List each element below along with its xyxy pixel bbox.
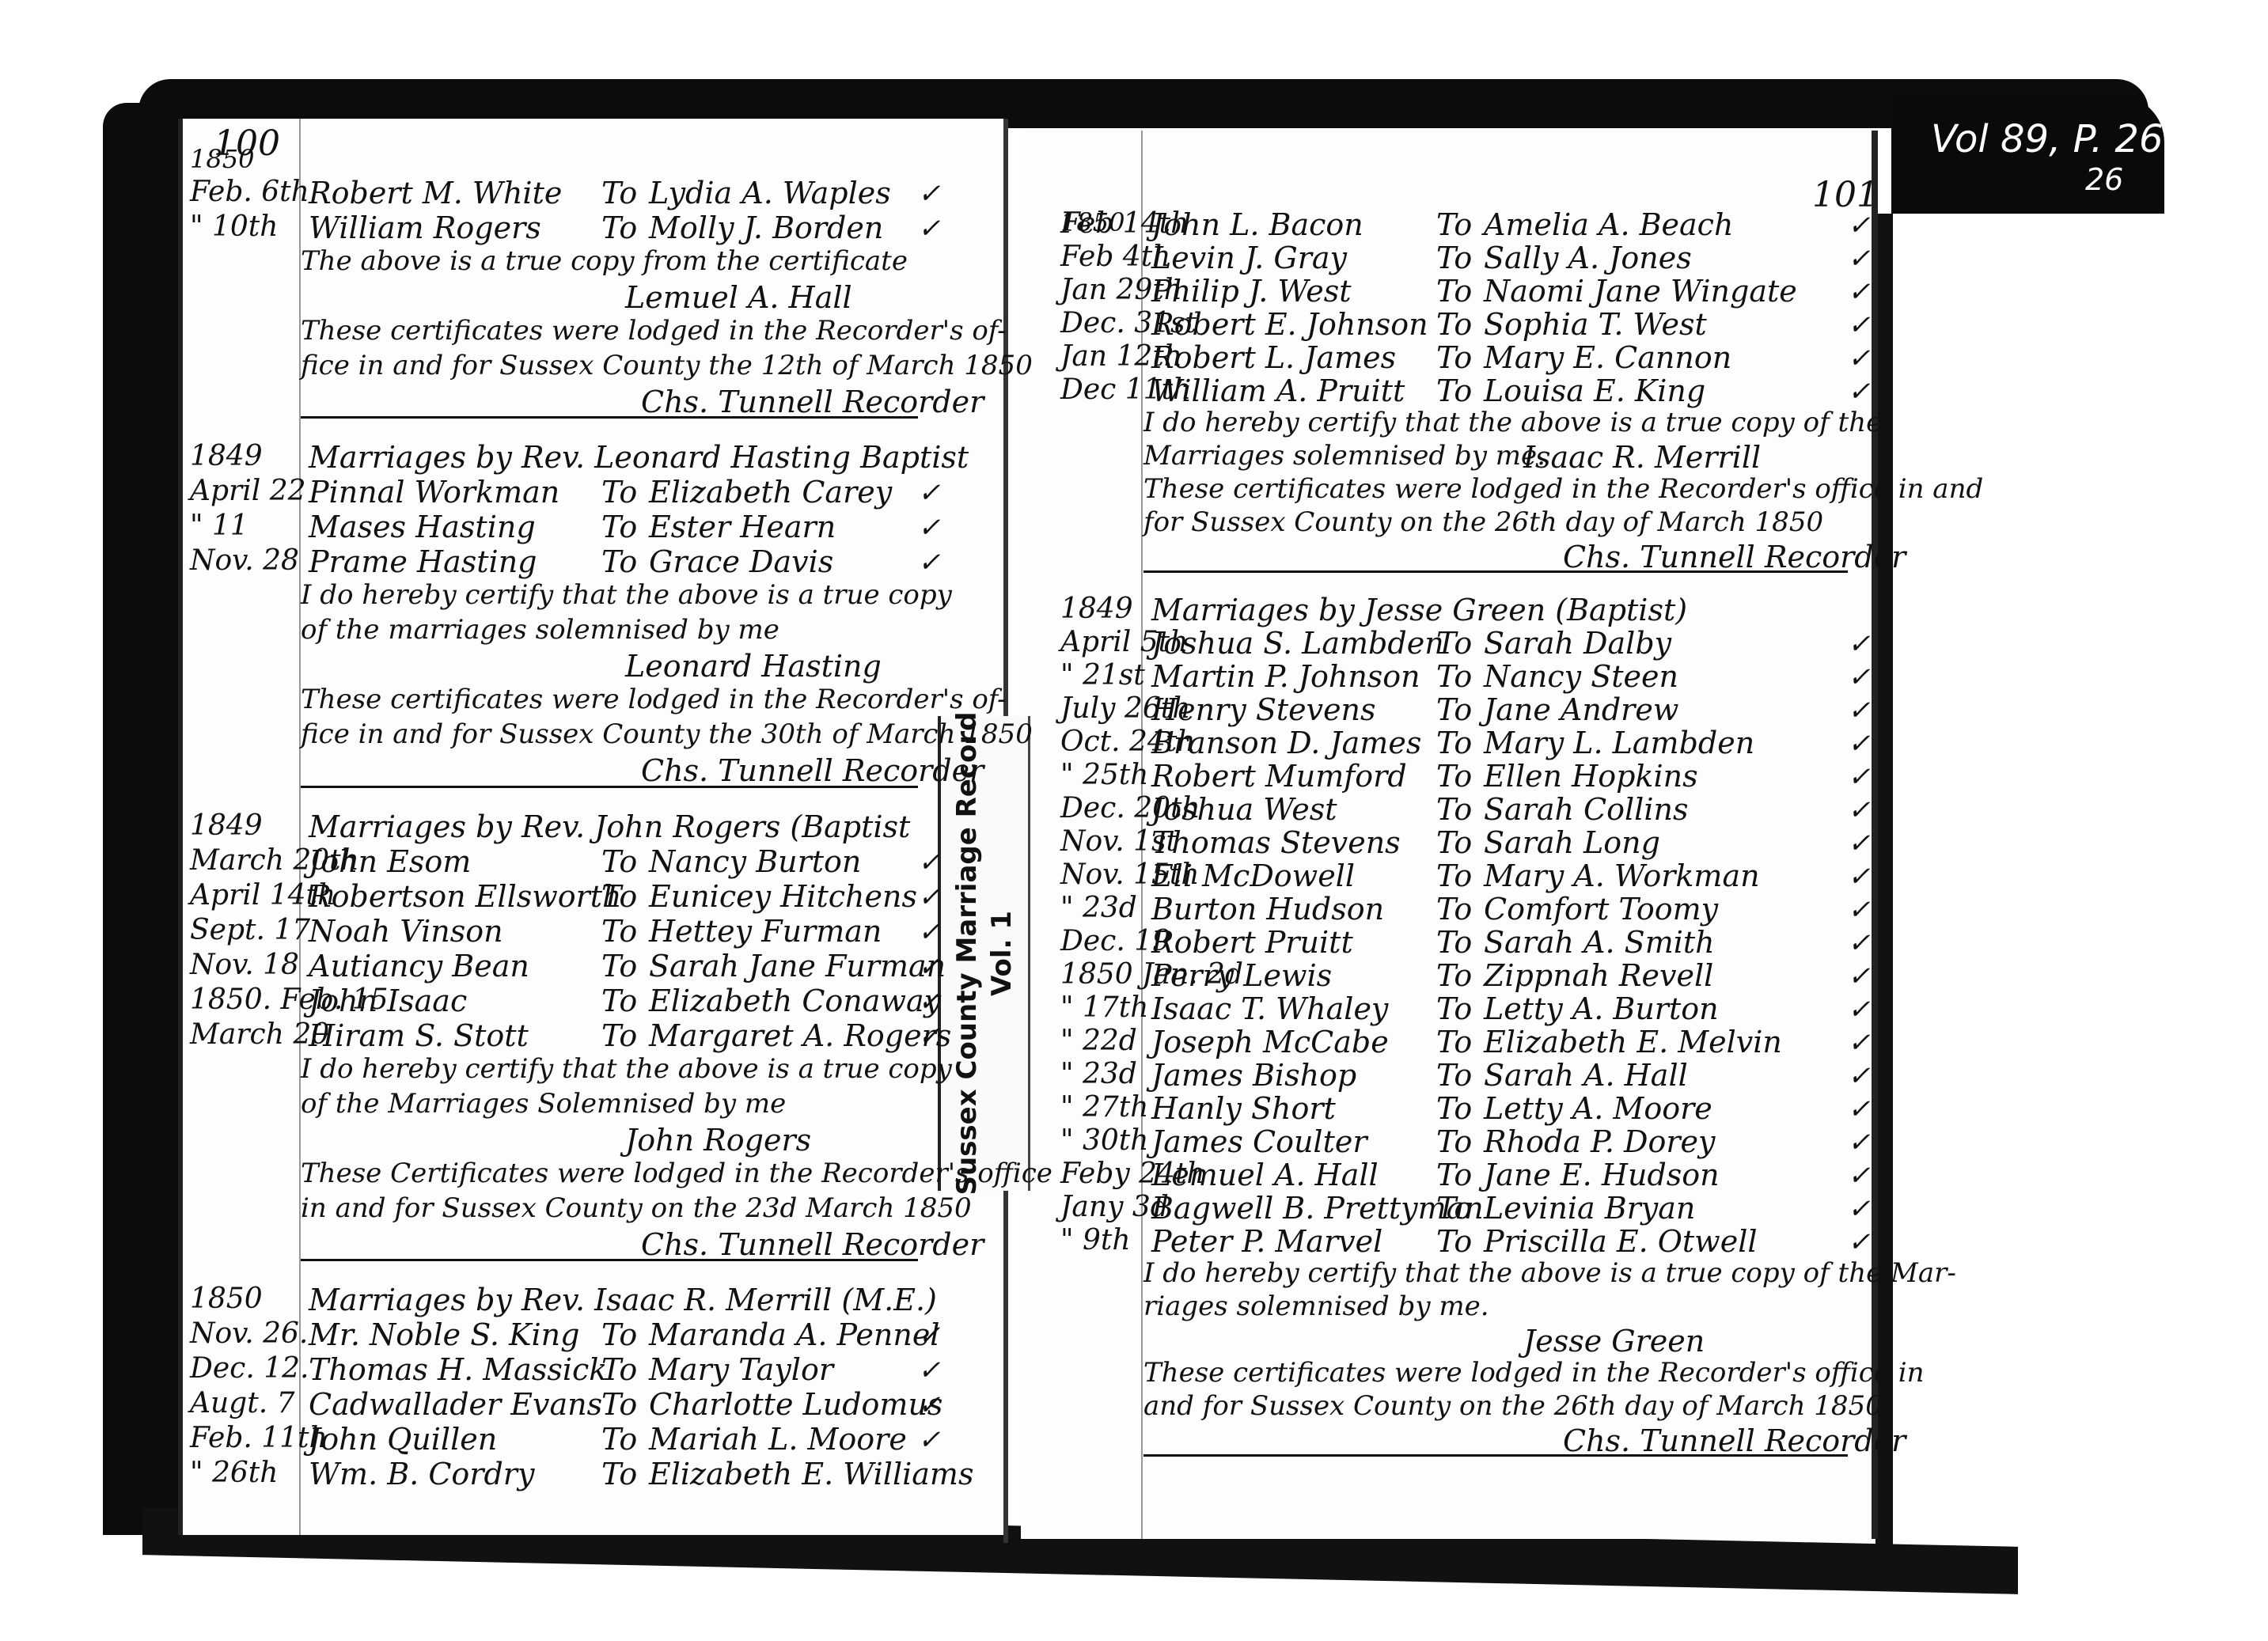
archive-tag-line1: Vol 89, P. 26	[1931, 117, 2164, 161]
connector-to: To	[601, 213, 637, 243]
bride-name: Priscilla E. Otwell	[1484, 1226, 1758, 1256]
certification-text: of the Marriages Solemnised by me	[301, 1090, 786, 1117]
check-mark: ✓	[1848, 276, 1871, 308]
officiant-signature: Lemuel A. Hall	[625, 282, 852, 313]
check-mark: ✓	[1848, 728, 1871, 760]
lodged-text: These certificates were lodged in the Re…	[1143, 476, 1983, 502]
groom-name: John Esom	[309, 847, 471, 877]
certification-text: The above is a true copy from the certif…	[301, 248, 908, 275]
bride-name: Mary E. Cannon	[1484, 343, 1731, 373]
bride-name: Elizabeth Carey	[649, 477, 892, 507]
entry-date: " 22d	[1060, 1027, 1137, 1055]
check-mark: ✓	[918, 881, 941, 913]
section-heading: Marriages by Rev. Leonard Hasting Baptis…	[309, 442, 969, 472]
connector-to: To	[601, 512, 637, 542]
bride-name: Elizabeth Conaway	[649, 986, 941, 1016]
connector-to: To	[1436, 828, 1472, 858]
bride-name: Sarah Jane Furman	[649, 951, 946, 981]
groom-name: James Coulter	[1151, 1127, 1367, 1157]
groom-name: Joshua West	[1151, 794, 1337, 824]
bride-name: Sophia T. West	[1484, 309, 1707, 339]
section-heading: Marriages by Jesse Green (Baptist)	[1151, 595, 1687, 625]
archive-tag-line2: 26	[2085, 162, 2123, 197]
connector-to: To	[1436, 1160, 1472, 1190]
lodged-text: These certificates were lodged in the Re…	[301, 686, 1007, 713]
check-mark: ✓	[918, 1021, 941, 1052]
bride-name: Naomi Jane Wingate	[1484, 276, 1797, 306]
groom-name: John Quillen	[309, 1424, 497, 1454]
lodged-text: These Certificates were lodged in the Re…	[301, 1160, 1052, 1187]
check-mark: ✓	[1848, 861, 1871, 893]
check-mark: ✓	[918, 512, 941, 544]
bride-name: Sarah Collins	[1484, 794, 1688, 824]
bride-name: Rhoda P. Dorey	[1484, 1127, 1716, 1157]
connector-to: To	[1436, 861, 1472, 891]
check-mark: ✓	[1848, 1193, 1871, 1225]
check-mark: ✓	[918, 1424, 941, 1456]
bride-name: Jane Andrew	[1484, 695, 1678, 725]
check-mark: ✓	[1848, 628, 1871, 660]
bride-name: Sarah Long	[1484, 828, 1660, 858]
entry-date: Nov. 18	[190, 951, 299, 980]
connector-to: To	[1436, 1060, 1472, 1090]
connector-to: To	[601, 1389, 637, 1419]
bride-name: Grace Davis	[649, 547, 833, 577]
bride-name: Comfort Toomy	[1484, 894, 1718, 924]
groom-name: Thomas H. Massick	[309, 1355, 607, 1385]
bride-name: Sarah Dalby	[1484, 628, 1671, 658]
connector-to: To	[601, 477, 637, 507]
entry-date: Feb. 6th	[190, 178, 309, 207]
page-number: 101	[1812, 178, 1879, 213]
bride-name: Louisa E. King	[1484, 376, 1705, 406]
groom-name: Robert Pruitt	[1151, 927, 1353, 957]
groom-name: Robert Mumford	[1151, 761, 1407, 791]
check-mark: ✓	[1848, 794, 1871, 826]
groom-name: Eli McDowell	[1151, 861, 1355, 891]
groom-name: James Bishop	[1151, 1060, 1356, 1090]
certification-text: riages solemnised by me.	[1143, 1293, 1489, 1320]
recorder-signature: Chs. Tunnell Recorder	[641, 387, 984, 417]
groom-name: Perry Lewis	[1151, 961, 1332, 991]
section-divider	[301, 416, 918, 419]
connector-to: To	[1436, 628, 1472, 658]
connector-to: To	[1436, 728, 1472, 758]
groom-name: Burton Hudson	[1151, 894, 1384, 924]
connector-to: To	[1436, 1193, 1472, 1223]
section-divider	[301, 1259, 918, 1261]
section-year: 1850	[190, 146, 254, 172]
connector-to: To	[601, 951, 637, 981]
groom-name: Robert E. Johnson	[1151, 309, 1428, 339]
bride-name: Ellen Hopkins	[1484, 761, 1698, 791]
bride-name: Hettey Furman	[649, 916, 882, 946]
entry-date: " 23d	[1060, 1060, 1137, 1089]
check-mark: ✓	[1848, 695, 1871, 726]
certification-text: I do hereby certify that the above is a …	[301, 582, 952, 608]
check-mark: ✓	[1848, 343, 1871, 374]
connector-to: To	[601, 1424, 637, 1454]
groom-name: Bagwell B. Prettyman	[1151, 1193, 1484, 1223]
bride-name: Eunicey Hitchens	[649, 881, 917, 911]
bride-name: Sarah A. Hall	[1484, 1060, 1688, 1090]
entry-date: " 17th	[1060, 994, 1148, 1022]
certification-text: I do hereby certify that the above is a …	[301, 1055, 952, 1082]
bride-name: Lydia A. Waples	[649, 178, 891, 208]
bride-name: Molly J. Borden	[649, 213, 883, 243]
officiant-signature: John Rogers	[625, 1125, 811, 1155]
check-mark: ✓	[1848, 994, 1871, 1025]
groom-name: Wm. B. Cordry	[309, 1459, 534, 1489]
check-mark: ✓	[918, 477, 941, 509]
groom-name: Cadwallader Evans	[309, 1389, 602, 1419]
entry-date: Nov. 26.	[190, 1320, 308, 1348]
connector-to: To	[601, 547, 637, 577]
groom-name: Lemuel A. Hall	[1151, 1160, 1379, 1190]
connector-to: To	[1436, 994, 1472, 1024]
connector-to: To	[601, 1021, 637, 1051]
groom-name: John Isaac	[309, 986, 467, 1016]
check-mark: ✓	[1848, 243, 1871, 275]
check-mark: ✓	[1848, 309, 1871, 341]
bride-name: Letty A. Burton	[1484, 994, 1719, 1024]
section-year: 1849	[1060, 595, 1133, 623]
check-mark: ✓	[1848, 1160, 1871, 1192]
entry-date: " 11	[190, 512, 248, 540]
check-mark: ✓	[1848, 761, 1871, 793]
recorder-signature: Chs. Tunnell Recorder	[1563, 1426, 1906, 1456]
connector-to: To	[1436, 1027, 1472, 1057]
groom-name: Mr. Noble S. King	[309, 1320, 579, 1350]
entry-date: Feb. 11th	[190, 1424, 328, 1453]
check-mark: ✓	[918, 951, 941, 983]
connector-to: To	[1436, 343, 1472, 373]
section-year: 1849	[190, 812, 263, 840]
scan-border-left	[103, 103, 178, 1535]
bride-name: Amelia A. Beach	[1484, 210, 1733, 240]
groom-name: Pinnal Workman	[309, 477, 559, 507]
connector-to: To	[601, 881, 637, 911]
check-mark: ✓	[1848, 927, 1871, 959]
bride-name: Levinia Bryan	[1484, 1193, 1695, 1223]
connector-to: To	[601, 986, 637, 1016]
connector-to: To	[601, 178, 637, 208]
certification-text: I do hereby certify that the above is a …	[1143, 409, 1882, 436]
lodged-text: for Sussex County on the 26th day of Mar…	[1143, 509, 1823, 536]
lodged-text: fice in and for Sussex County the 30th o…	[301, 721, 1033, 748]
connector-to: To	[1436, 1093, 1472, 1124]
groom-name: William Rogers	[309, 213, 541, 243]
check-mark: ✓	[1848, 1060, 1871, 1092]
groom-name: Noah Vinson	[309, 916, 503, 946]
entry-date: Augt. 7	[190, 1389, 295, 1418]
bride-name: Letty A. Moore	[1484, 1093, 1712, 1124]
groom-name: John L. Bacon	[1151, 210, 1363, 240]
connector-to: To	[1436, 927, 1472, 957]
connector-to: To	[601, 1320, 637, 1350]
connector-to: To	[1436, 894, 1472, 924]
entry-date: " 10th	[190, 213, 278, 241]
recorder-signature: Chs. Tunnell Recorder	[641, 756, 984, 786]
connector-to: To	[1436, 276, 1472, 306]
bride-name: Charlotte Ludomus	[649, 1389, 942, 1419]
groom-name: Autiancy Bean	[309, 951, 529, 981]
bride-name: Jane E. Hudson	[1484, 1160, 1720, 1190]
connector-to: To	[1436, 309, 1472, 339]
lodged-text: fice in and for Sussex County the 12th o…	[301, 352, 1033, 379]
check-mark: ✓	[918, 213, 941, 244]
entry-date: " 26th	[190, 1459, 278, 1488]
connector-to: To	[1436, 1226, 1472, 1256]
groom-name: Branson D. James	[1151, 728, 1421, 758]
certification-text: of the marriages solemnised by me	[301, 616, 779, 643]
section-divider	[301, 786, 918, 788]
section-heading: Marriages by Rev. John Rogers (Baptist	[309, 812, 910, 842]
connector-to: To	[1436, 961, 1472, 991]
bride-name: Sally A. Jones	[1484, 243, 1692, 273]
entry-date: Dec. 12.	[190, 1355, 309, 1383]
groom-name: Peter P. Marvel	[1151, 1226, 1382, 1256]
groom-name: William A. Pruitt	[1151, 376, 1405, 406]
entry-date: April 22	[190, 477, 306, 506]
groom-name: Martin P. Johnson	[1151, 661, 1420, 692]
groom-name: Prame Hasting	[309, 547, 537, 577]
entry-date: Nov. 28	[190, 547, 299, 575]
entry-date: " 25th	[1060, 761, 1148, 790]
check-mark: ✓	[918, 916, 941, 948]
check-mark: ✓	[1848, 961, 1871, 992]
check-mark: ✓	[918, 547, 941, 578]
check-mark: ✓	[1848, 1226, 1871, 1258]
bride-name: Maranda A. Pennel	[649, 1320, 939, 1350]
lodged-text: and for Sussex County on the 26th day of…	[1143, 1393, 1883, 1419]
officiant-signature: Leonard Hasting	[625, 651, 882, 681]
check-mark: ✓	[1848, 210, 1871, 241]
certification-text: Marriages solemnised by me.	[1143, 442, 1546, 469]
bride-name: Nancy Burton	[649, 847, 861, 877]
groom-name: Hanly Short	[1151, 1093, 1336, 1124]
recorder-signature: Chs. Tunnell Recorder	[641, 1230, 984, 1260]
check-mark: ✓	[918, 1320, 941, 1351]
connector-to: To	[1436, 761, 1472, 791]
groom-name: Robert M. White	[309, 178, 562, 208]
groom-name: Robertson Ellsworth	[309, 881, 622, 911]
bride-name: Mary Taylor	[649, 1355, 833, 1385]
connector-to: To	[601, 1459, 637, 1489]
check-mark: ✓	[918, 178, 941, 210]
check-mark: ✓	[1848, 828, 1871, 859]
connector-to: To	[1436, 210, 1472, 240]
connector-to: To	[1436, 794, 1472, 824]
check-mark: ✓	[918, 1355, 941, 1386]
groom-name: Philip J. West	[1151, 276, 1352, 306]
check-mark: ✓	[1848, 1027, 1871, 1059]
section-divider	[1143, 1454, 1848, 1457]
check-mark: ✓	[1848, 894, 1871, 926]
bride-name: Elizabeth E. Melvin	[1484, 1027, 1782, 1057]
bride-name: Zippnah Revell	[1484, 961, 1713, 991]
lodged-text: in and for Sussex County on the 23d Marc…	[301, 1195, 972, 1222]
groom-name: Henry Stevens	[1151, 695, 1376, 725]
section-year: 1849	[190, 442, 263, 471]
check-mark: ✓	[1848, 1093, 1871, 1125]
check-mark: ✓	[1848, 376, 1871, 407]
bride-name: Mary A. Workman	[1484, 861, 1760, 891]
check-mark: ✓	[1848, 661, 1871, 693]
bride-name: Mary L. Lambden	[1484, 728, 1754, 758]
spine-label-volume: Vol. 1	[984, 712, 1019, 1196]
connector-to: To	[601, 916, 637, 946]
section-divider	[1143, 570, 1848, 573]
officiant-signature: Jesse Green	[1523, 1326, 1705, 1356]
groom-name: Joseph McCabe	[1151, 1027, 1389, 1057]
connector-to: To	[601, 847, 637, 877]
check-mark: ✓	[918, 847, 941, 878]
section-year: 1850	[190, 1285, 263, 1313]
groom-name: Mases Hasting	[309, 512, 536, 542]
entry-date: " 30th	[1060, 1127, 1148, 1155]
bride-name: Ester Hearn	[649, 512, 836, 542]
check-mark: ✓	[1848, 1127, 1871, 1158]
connector-to: To	[1436, 1127, 1472, 1157]
connector-to: To	[1436, 243, 1472, 273]
certification-text: I do hereby certify that the above is a …	[1143, 1260, 1956, 1287]
connector-to: To	[1436, 661, 1472, 692]
check-mark: ✓	[918, 986, 941, 1018]
entry-date: " 27th	[1060, 1093, 1148, 1122]
bride-name: Elizabeth E. Williams	[649, 1459, 973, 1489]
entry-date: " 23d	[1060, 894, 1137, 923]
connector-to: To	[1436, 695, 1472, 725]
groom-name: Levin J. Gray	[1151, 243, 1347, 273]
connector-to: To	[601, 1355, 637, 1385]
groom-name: Isaac T. Whaley	[1151, 994, 1388, 1024]
entry-date: " 9th	[1060, 1226, 1131, 1255]
groom-name: Thomas Stevens	[1151, 828, 1401, 858]
lodged-text: These certificates were lodged in the Re…	[301, 317, 1007, 344]
bride-name: Sarah A. Smith	[1484, 927, 1715, 957]
groom-name: Joshua S. Lambden	[1151, 628, 1444, 658]
recorder-signature: Chs. Tunnell Recorder	[1563, 542, 1906, 572]
bride-name: Mariah L. Moore	[649, 1424, 907, 1454]
lodged-text: These certificates were lodged in the Re…	[1143, 1359, 1925, 1386]
groom-name: Hiram S. Stott	[309, 1021, 529, 1051]
bride-name: Nancy Steen	[1484, 661, 1678, 692]
entry-date: " 21st	[1060, 661, 1145, 690]
groom-name: Robert L. James	[1151, 343, 1396, 373]
entry-date: Sept. 17	[190, 916, 310, 945]
check-mark: ✓	[918, 1389, 941, 1421]
bride-name: Margaret A. Rogers	[649, 1021, 951, 1051]
section-heading: Marriages by Rev. Isaac R. Merrill (M.E.…	[309, 1285, 937, 1315]
connector-to: To	[1436, 376, 1472, 406]
officiant-signature: Isaac R. Merrill	[1523, 442, 1761, 472]
